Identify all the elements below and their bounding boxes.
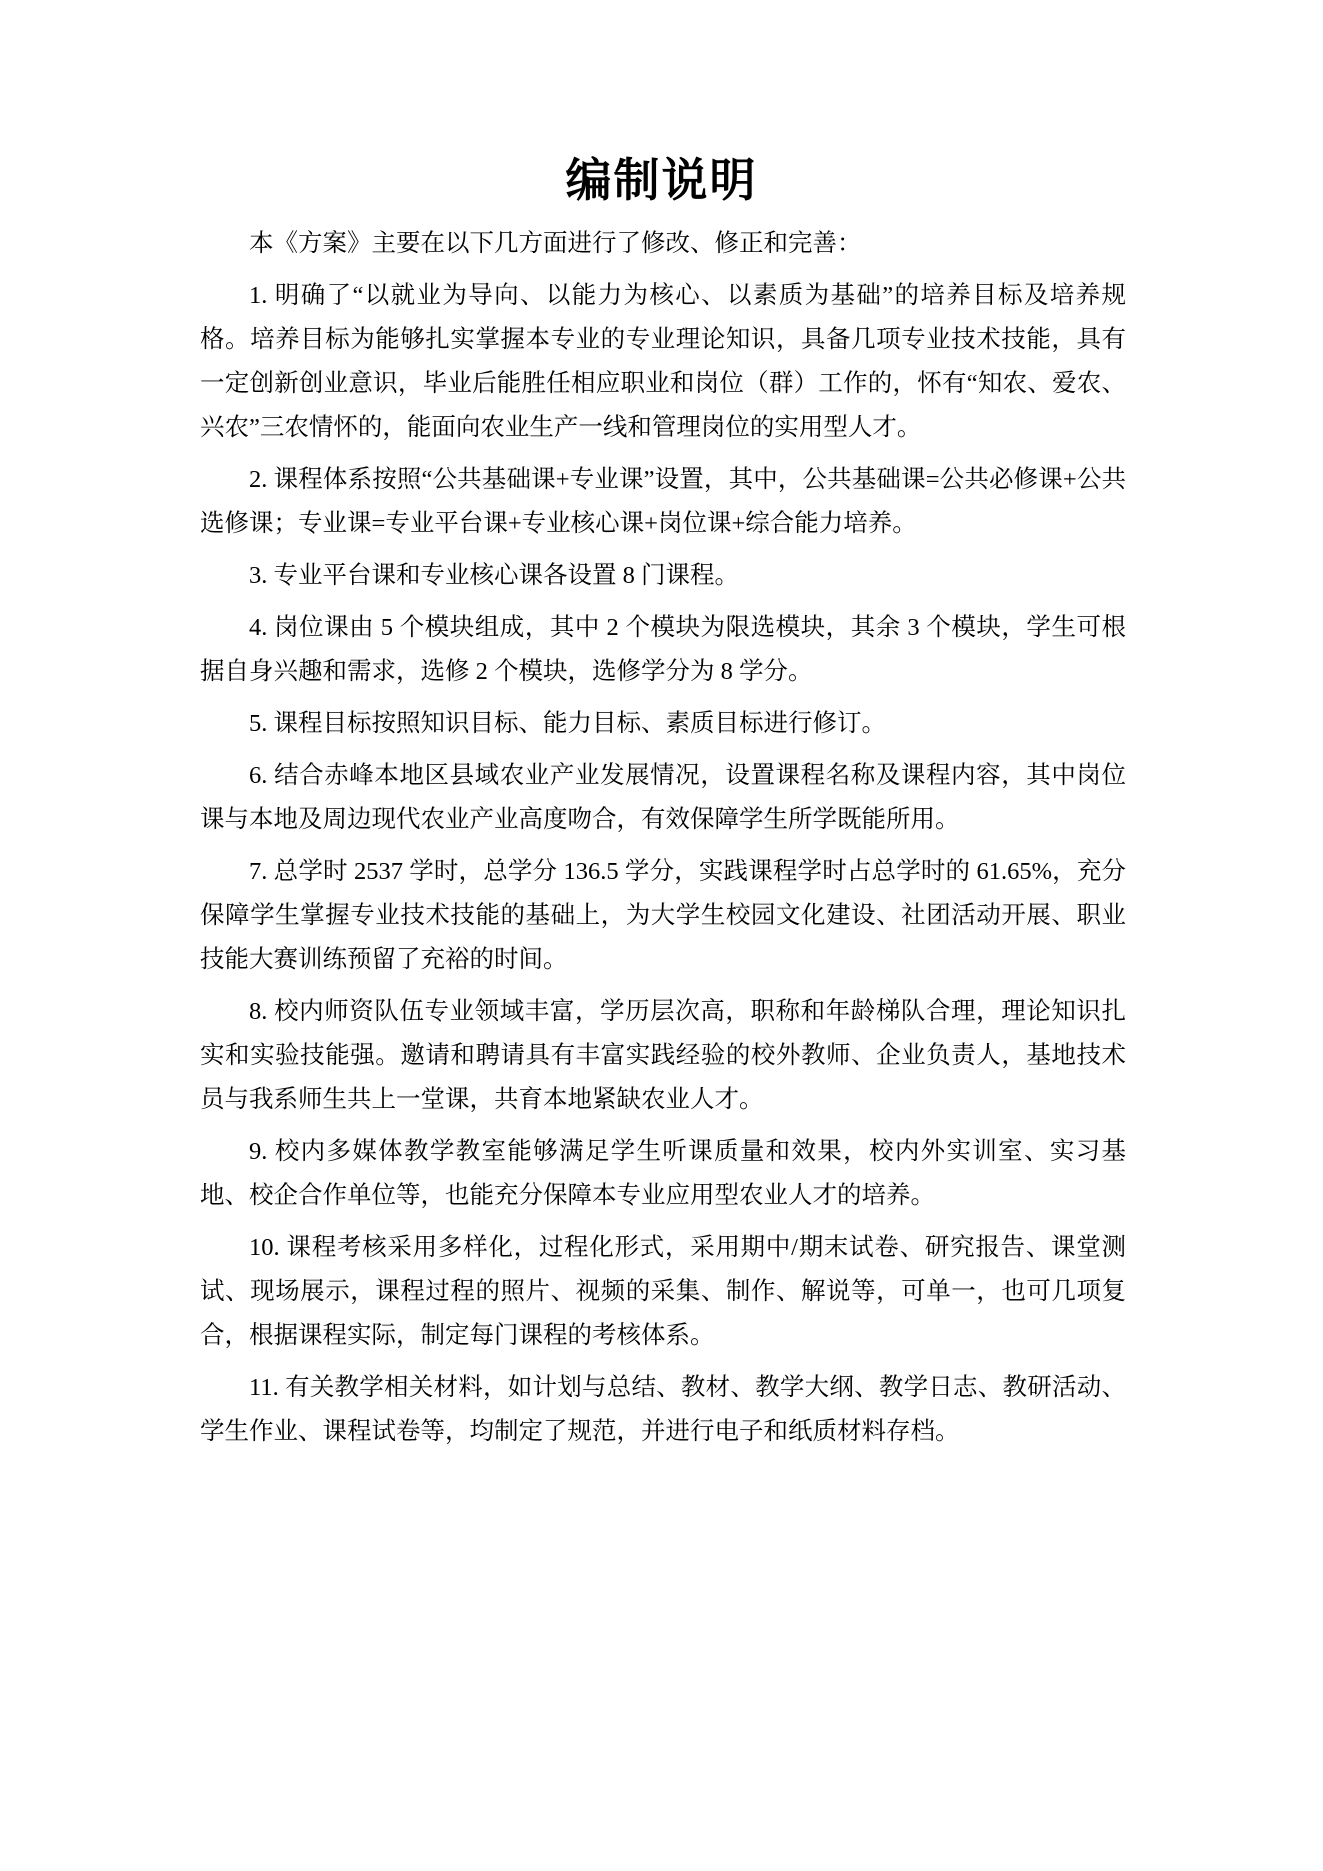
numbered-paragraph-5: 5. 课程目标按照知识目标、能力目标、素质目标进行修订。: [200, 702, 1126, 746]
numbered-paragraph-3: 3. 专业平台课和专业核心课各设置 8 门课程。: [200, 554, 1126, 598]
document-body: 本《方案》主要在以下几方面进行了修改、修正和完善： 1. 明确了“以就业为导向、…: [200, 222, 1126, 1462]
numbered-paragraph-2: 2. 课程体系按照“公共基础课+专业课”设置，其中，公共基础课=公共必修课+公共…: [200, 458, 1126, 546]
numbered-paragraph-10: 10. 课程考核采用多样化，过程化形式，采用期中/期末试卷、研究报告、课堂测试、…: [200, 1226, 1126, 1358]
document-title: 编制说明: [0, 150, 1323, 210]
numbered-paragraph-7: 7. 总学时 2537 学时，总学分 136.5 学分，实践课程学时占总学时的 …: [200, 850, 1126, 982]
numbered-paragraph-8: 8. 校内师资队伍专业领域丰富，学历层次高，职称和年龄梯队合理，理论知识扎实和实…: [200, 990, 1126, 1122]
numbered-paragraph-11: 11. 有关教学相关材料，如计划与总结、教材、教学大纲、教学日志、教研活动、学生…: [200, 1366, 1126, 1454]
numbered-paragraph-1: 1. 明确了“以就业为导向、以能力为核心、以素质为基础”的培养目标及培养规格。培…: [200, 274, 1126, 450]
numbered-paragraph-4: 4. 岗位课由 5 个模块组成，其中 2 个模块为限选模块，其余 3 个模块，学…: [200, 606, 1126, 694]
document-page: 编制说明 本《方案》主要在以下几方面进行了修改、修正和完善： 1. 明确了“以就…: [0, 0, 1323, 1871]
numbered-paragraph-9: 9. 校内多媒体教学教室能够满足学生听课质量和效果，校内外实训室、实习基地、校企…: [200, 1130, 1126, 1218]
numbered-paragraph-6: 6. 结合赤峰本地区县域农业产业发展情况，设置课程名称及课程内容，其中岗位课与本…: [200, 754, 1126, 842]
intro-paragraph: 本《方案》主要在以下几方面进行了修改、修正和完善：: [200, 222, 1126, 266]
